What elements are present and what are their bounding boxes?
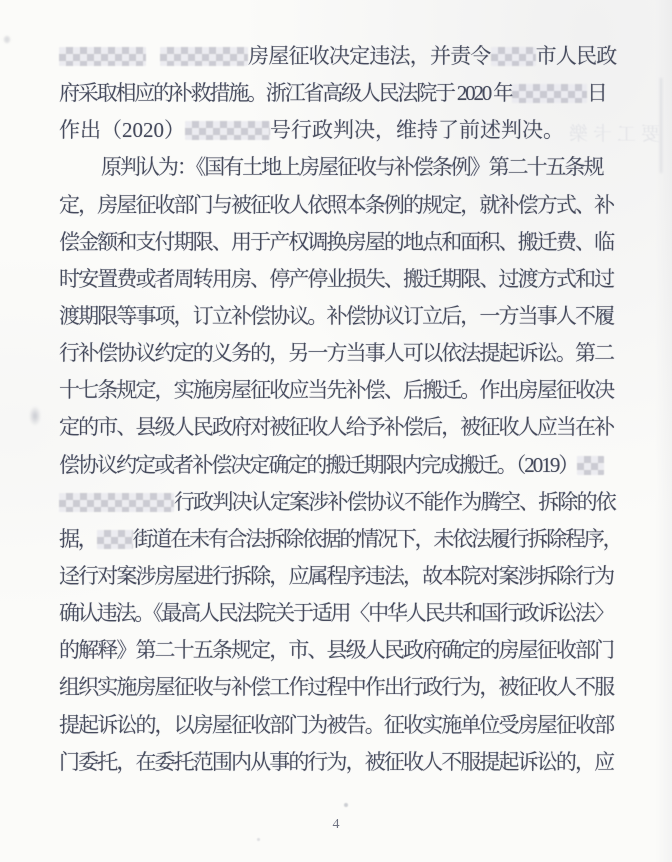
text-line: 确认违法。《最高人民法院关于适用〈中华人民共和国行政诉讼法〉	[59, 595, 617, 632]
text-segment: 房屋征收决定违法，并责令	[248, 44, 491, 68]
judgment-text-block: 房屋征收决定违法，并责令市人民政府采取相应的补救措施。浙江省高级人民法院于 20…	[59, 38, 617, 781]
redaction-block	[97, 530, 133, 549]
text-line: 据，街道在未有合法拆除依据的情况下，未依法履行拆除程序，	[59, 521, 617, 558]
indent-gap	[146, 62, 160, 63]
text-segment: 提起诉讼的，以房屋征收部门为被告。征收实施单位受房屋征收部	[59, 713, 613, 737]
page-number: 4	[0, 817, 672, 833]
text-segment: 渡期限等事项，订立补偿协议。补偿协议订立后，一方当事人不履	[59, 304, 613, 328]
text-segment: 偿金额和支付期限、用于产权调换房屋的地点和面积、搬迁费、临	[59, 230, 613, 254]
document-page: 房屋征收决定违法，并责令市人民政府采取相应的补救措施。浙江省高级人民法院于 20…	[0, 0, 672, 862]
text-line: 房屋征收决定违法，并责令市人民政	[59, 38, 617, 75]
text-line: 偿金额和支付期限、用于产权调换房屋的地点和面积、搬迁费、临	[59, 224, 617, 261]
indent-gap	[59, 173, 101, 174]
text-segment: 原判认为：《国有土地上房屋征收与补偿条例》第二十五条规	[101, 155, 602, 179]
text-line: 组织实施房屋征收与补偿工作过程中作出行政行为，被征收人不服	[59, 669, 617, 706]
text-line: 渡期限等事项，订立补偿协议。补偿协议订立后，一方当事人不履	[59, 298, 617, 335]
text-line: 原判认为：《国有土地上房屋征收与补偿条例》第二十五条规	[59, 149, 617, 186]
text-segment: 迳行对案涉房屋进行拆除，应属程序违法，故本院对案涉拆除行为	[59, 564, 613, 588]
bleed-through-text: 要工卡樂	[540, 119, 660, 146]
redaction-block	[160, 47, 248, 66]
text-line: 府采取相应的补救措施。浙江省高级人民法院于 2020 年日	[59, 75, 617, 112]
scan-edge-artifact	[660, 78, 662, 173]
text-segment: 定，房屋征收部门与被征收人依照本条例的规定，就补偿方式、补	[59, 193, 613, 217]
text-segment: 组织实施房屋征收与补偿工作过程中作出行政行为，被征收人不服	[59, 675, 613, 699]
text-line: 行政判决认定案涉补偿协议不能作为腾空、拆除的依	[59, 484, 617, 521]
redaction-block	[59, 493, 174, 512]
scan-noise	[29, 406, 41, 426]
text-segment: 的解释》第二十五条规定，市、县级人民政府确定的房屋征收部门	[59, 638, 613, 662]
text-segment: 市人民政	[536, 44, 617, 68]
text-line: 作出（2020）号行政判决，维持了前述判决。	[59, 112, 617, 149]
text-segment: 时安置费或者周转用房、停产停业损失、搬迁期限、过渡方式和过	[59, 267, 613, 291]
text-segment: 日	[587, 81, 606, 105]
text-segment: 府采取相应的补救措施。浙江省高级人民法院于 2020 年	[59, 81, 512, 105]
text-segment: 行补偿协议约定的义务的，另一方当事人可以依法提起诉讼。第二	[59, 341, 613, 365]
text-line: 偿协议约定或者补偿决定确定的搬迁期限内完成搬迁。（2019）	[59, 447, 617, 484]
text-segment: 作出（2020）	[59, 118, 185, 142]
text-line: 定，房屋征收部门与被征收人依照本条例的规定，就补偿方式、补	[59, 187, 617, 224]
text-line: 行补偿协议约定的义务的，另一方当事人可以依法提起诉讼。第二	[59, 335, 617, 372]
text-segment: 确认违法。《最高人民法院关于适用〈中华人民共和国行政诉讼法〉	[59, 601, 613, 625]
scan-noise	[344, 803, 348, 807]
redaction-block	[577, 456, 604, 475]
text-segment: 偿协议约定或者补偿决定确定的搬迁期限内完成搬迁。（2019）	[59, 453, 577, 477]
text-segment: 门委托，在委托范围内从事的行为，被征收人不服提起诉讼的，应	[59, 750, 613, 774]
redaction-block	[185, 121, 270, 140]
redaction-block	[59, 47, 146, 66]
redaction-block	[512, 84, 587, 103]
text-segment: 街道在未有合法拆除依据的情况下，未依法履行拆除程序，	[133, 527, 622, 551]
redaction-block	[491, 47, 536, 66]
text-line: 迳行对案涉房屋进行拆除，应属程序违法，故本院对案涉拆除行为	[59, 558, 617, 595]
text-line: 提起诉讼的，以房屋征收部门为被告。征收实施单位受房屋征收部	[59, 707, 617, 744]
text-line: 的解释》第二十五条规定，市、县级人民政府确定的房屋征收部门	[59, 632, 617, 669]
text-segment: 号行政判决，维持了前述判决。	[270, 118, 564, 142]
scan-noise	[257, 838, 260, 841]
text-line: 定的市、县级人民政府对被征收人给予补偿后，被征收人应当在补	[59, 409, 617, 446]
text-segment: 行政判决认定案涉补偿协议不能作为腾空、拆除的依	[174, 490, 615, 514]
text-line: 十七条规定，实施房屋征收应当先补偿、后搬迁。作出房屋征收决	[59, 372, 617, 409]
text-segment: 据，	[59, 527, 97, 551]
text-line: 时安置费或者周转用房、停产停业损失、搬迁期限、过渡方式和过	[59, 261, 617, 298]
text-line: 门委托，在委托范围内从事的行为，被征收人不服提起诉讼的，应	[59, 744, 617, 781]
text-segment: 十七条规定，实施房屋征收应当先补偿、后搬迁。作出房屋征收决	[59, 378, 613, 402]
scan-noise	[4, 36, 10, 43]
text-segment: 定的市、县级人民政府对被征收人给予补偿后，被征收人应当在补	[59, 415, 613, 439]
